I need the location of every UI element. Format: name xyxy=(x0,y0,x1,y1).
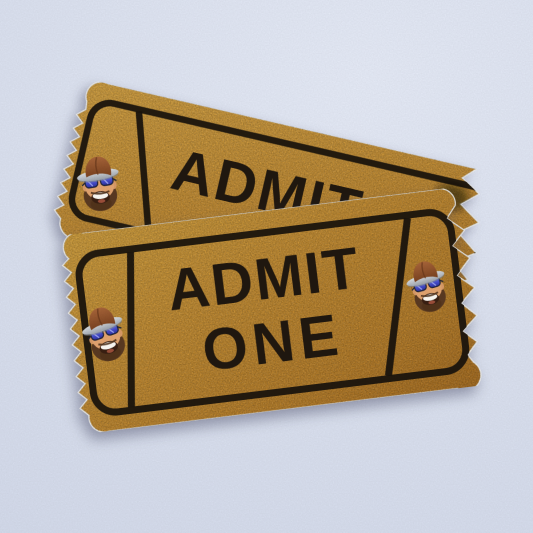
photo-scene: ADMIT ONE ADMIT ONE xyxy=(0,0,533,533)
